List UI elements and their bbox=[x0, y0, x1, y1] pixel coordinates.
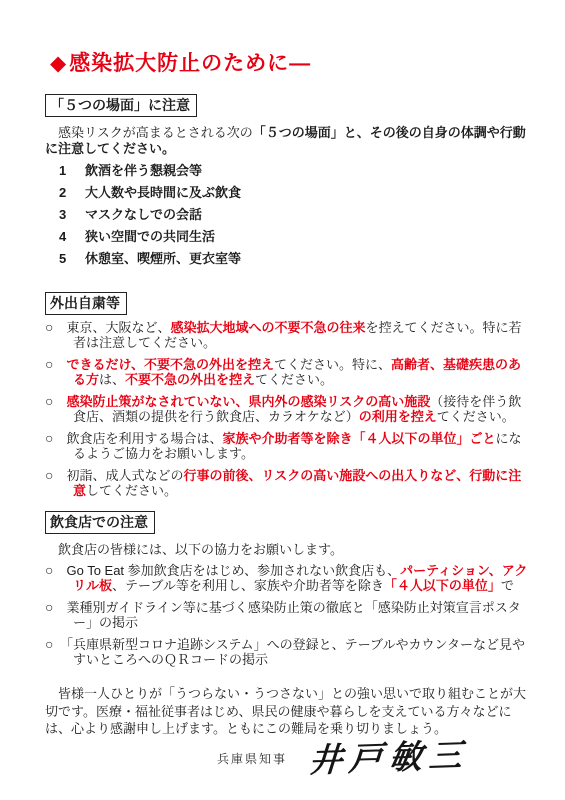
section-heading-restaurants: 飲食店での注意 bbox=[45, 511, 155, 534]
bullet-text: できるだけ、不要不急の外出を控えてください。特に、高齢者、基礎疾患のある方は、不… bbox=[53, 357, 521, 387]
closing-paragraph: 皆様一人ひとりが「うつらない・うつさない」との強い思いで取り組むことが大切です。… bbox=[45, 685, 529, 738]
signature-title: 兵庫県知事 bbox=[217, 752, 287, 767]
item-label: マスクなしでの会話 bbox=[85, 208, 202, 222]
bullet-text: 業種別ガイドライン等に基づく感染防止策の徹底と「感染防止対策宣言ポスター」の掲示 bbox=[53, 600, 520, 630]
bullet-text: 「兵庫県新型コロナ追跡システム」への登録と、テーブルやカウンターなど見やすいとこ… bbox=[53, 637, 525, 667]
bullet-text: 感染防止策がなされていない、県内外の感染リスクの高い施設（接待を伴う飲食店、酒類… bbox=[53, 394, 521, 424]
list-item: 4 狭い空間での共同生活 bbox=[59, 230, 529, 244]
item-number: 2 bbox=[59, 186, 85, 200]
list-item: 5 休憩室、喫煙所、更衣室等 bbox=[59, 252, 529, 266]
item-label: 狭い空間での共同生活 bbox=[85, 230, 215, 244]
page-title: ◆感染拡大防止のために― bbox=[50, 50, 529, 77]
item-number: 5 bbox=[59, 252, 85, 266]
notice-page: ◆感染拡大防止のために― 「５つの場面」に注意 感染リスクが高まるとされる次の「… bbox=[0, 0, 565, 800]
section-heading-outing: 外出自粛等 bbox=[45, 292, 127, 315]
bullet-item: ○ 「兵庫県新型コロナ追跡システム」への登録と、テーブルやカウンターなど見やすい… bbox=[45, 637, 529, 667]
bullet-item: ○ 初詣、成人式などの行事の前後、リスクの高い施設への出入りなど、行動に注意して… bbox=[45, 468, 529, 498]
section-heading-five-scenes: 「５つの場面」に注意 bbox=[45, 94, 197, 117]
item-label: 大人数や長時間に及ぶ飲食 bbox=[85, 186, 241, 200]
scene-list: 1 飲酒を伴う懇親会等 2 大人数や長時間に及ぶ飲食 3 マスクなしでの会話 4… bbox=[59, 164, 529, 266]
item-label: 飲酒を伴う懇親会等 bbox=[85, 164, 202, 178]
bullet-item: ○ 飲食店を利用する場合は、家族や介助者等を除き「４人以下の単位」ごとになるよう… bbox=[45, 431, 529, 461]
list-item: 1 飲酒を伴う懇親会等 bbox=[59, 164, 529, 178]
bullet-item: ○ 感染防止策がなされていない、県内外の感染リスクの高い施設（接待を伴う飲食店、… bbox=[45, 394, 529, 424]
diamond-icon: ◆ bbox=[50, 52, 67, 75]
bullet-text: 飲食店を利用する場合は、家族や介助者等を除き「４人以下の単位」ごとになるようご協… bbox=[53, 431, 521, 461]
bullet-item: ○ 東京、大阪など、感染拡大地域への不要不急の往来を控えてください。特に若者は注… bbox=[45, 320, 529, 350]
bullet-item: ○ 業種別ガイドライン等に基づく感染防止策の徹底と「感染防止対策宣言ポスター」の… bbox=[45, 600, 529, 630]
item-number: 3 bbox=[59, 208, 85, 222]
bullet-text: Go To Eat 参加飲食店をはじめ、参加されない飲食店も、パーティション、ア… bbox=[53, 563, 527, 593]
bullet-item: ○ Go To Eat 参加飲食店をはじめ、参加されない飲食店も、パーティション… bbox=[45, 563, 529, 593]
item-number: 1 bbox=[59, 164, 85, 178]
item-label: 休憩室、喫煙所、更衣室等 bbox=[85, 252, 241, 266]
list-item: 2 大人数や長時間に及ぶ飲食 bbox=[59, 186, 529, 200]
bullet-item: ○ できるだけ、不要不急の外出を控えてください。特に、高齢者、基礎疾患のある方は… bbox=[45, 357, 529, 387]
outing-bullets: ○ 東京、大阪など、感染拡大地域への不要不急の往来を控えてください。特に若者は注… bbox=[45, 320, 529, 498]
five-scenes-intro: 感染リスクが高まるとされる次の「５つの場面」と、その後の自身の体調や行動に注意し… bbox=[45, 125, 529, 157]
restaurants-intro: 飲食店の皆様には、以下の協力をお願いします。 bbox=[45, 542, 529, 558]
list-item: 3 マスクなしでの会話 bbox=[59, 208, 529, 222]
item-number: 4 bbox=[59, 230, 85, 244]
bullet-text: 初詣、成人式などの行事の前後、リスクの高い施設への出入りなど、行動に注意してくだ… bbox=[53, 468, 521, 498]
signature-block: 兵庫県知事 井戸敏三 bbox=[45, 752, 529, 767]
restaurant-bullets: ○ Go To Eat 参加飲食店をはじめ、参加されない飲食店も、パーティション… bbox=[45, 563, 529, 667]
bullet-text: 東京、大阪など、感染拡大地域への不要不急の往来を控えてください。特に若者は注意し… bbox=[53, 320, 521, 350]
page-title-text: 感染拡大防止のために― bbox=[69, 52, 311, 75]
governor-signature: 井戸敏三 bbox=[309, 749, 470, 770]
